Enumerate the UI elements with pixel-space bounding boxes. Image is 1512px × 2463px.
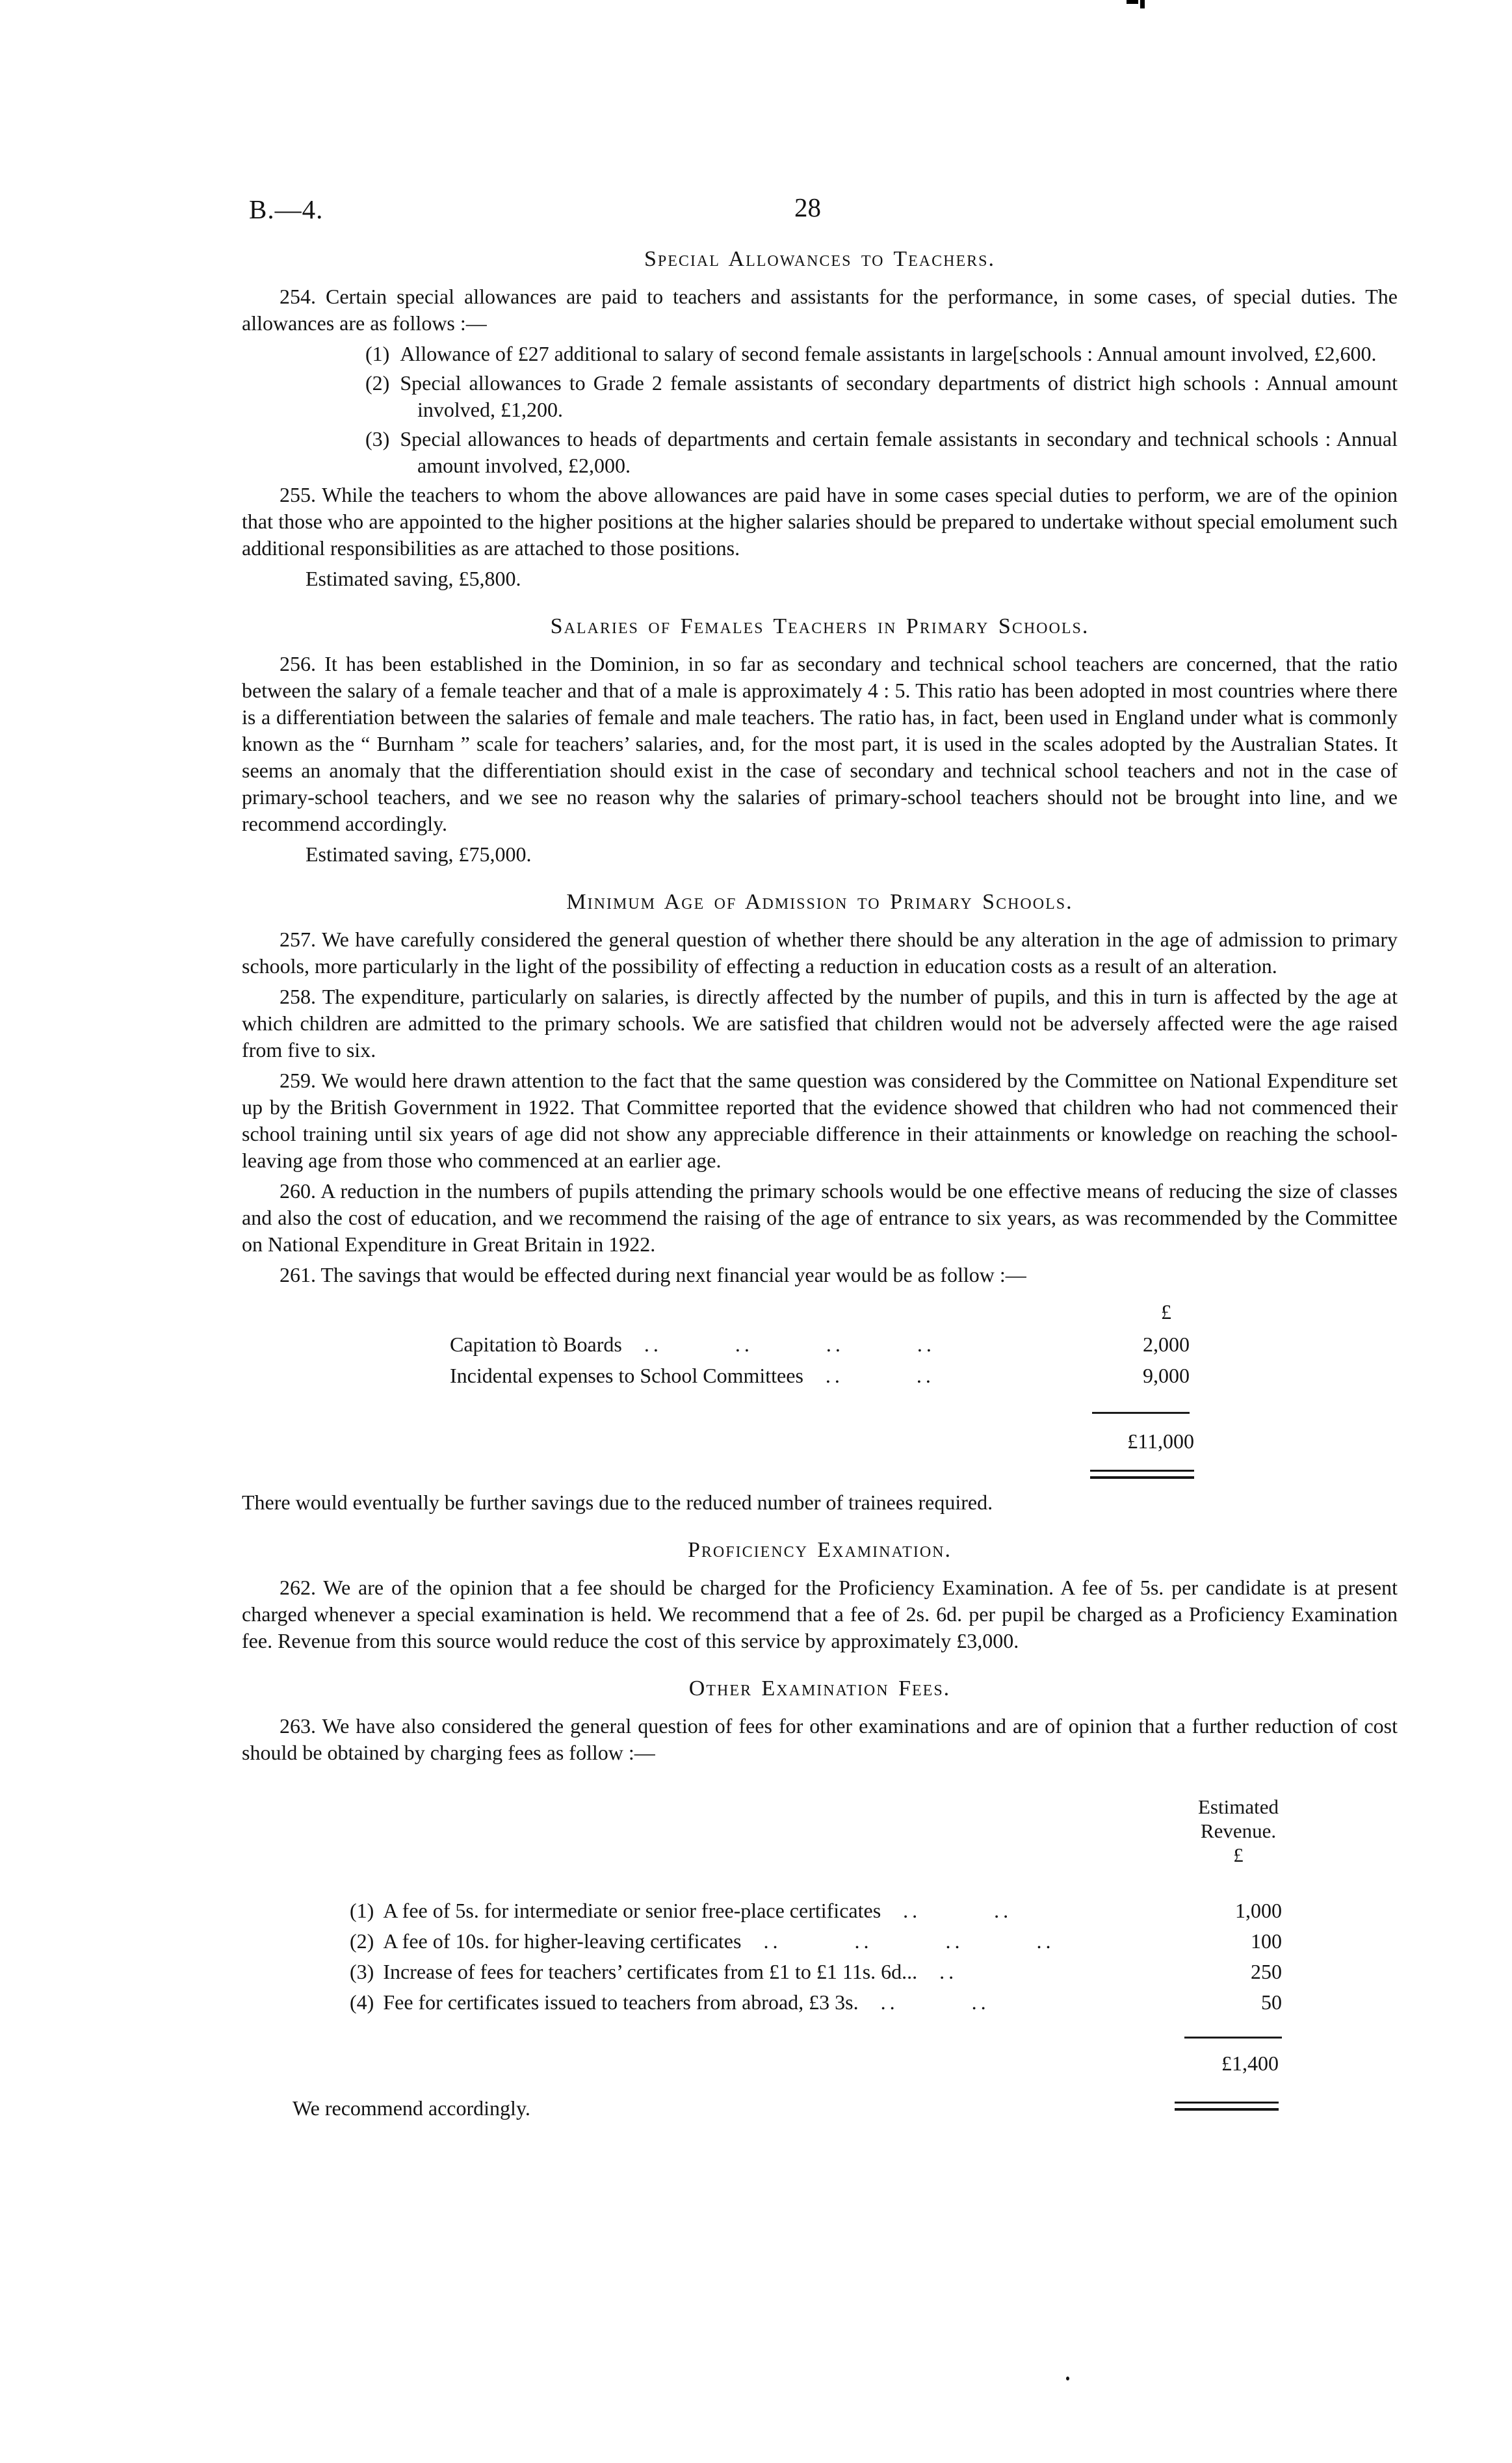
item-text: Special allowances to Grade 2 female ass… xyxy=(400,371,1398,421)
row-number: (3) xyxy=(350,1960,374,1983)
dot-leaders: .. .. .. .. xyxy=(763,1929,1054,1953)
section-title-salaries-female-teachers: Salaries of Females Teachers in Primary … xyxy=(242,614,1398,639)
double-rule xyxy=(1175,2102,1279,2111)
paragraph-258: 258. The expenditure, particularly on sa… xyxy=(242,984,1398,1063)
savings-table: £ Capitation tò Boards.. .. .. .. 2,000 … xyxy=(242,1300,1398,1479)
dot-leaders: .. .. xyxy=(881,1990,990,2014)
header-estimated: Estimated xyxy=(1157,1795,1320,1819)
estimated-saving-5800: Estimated saving, £5,800. xyxy=(242,566,1398,592)
document-reference: B.—4. xyxy=(249,194,323,225)
paragraph-260: 260. A reduction in the numbers of pupil… xyxy=(242,1178,1398,1258)
row-value: 250 xyxy=(1251,1959,1282,1985)
paragraph-254: 254. Certain special allowances are paid… xyxy=(242,283,1398,337)
paragraph-262: 262. We are of the opinion that a fee sh… xyxy=(242,1574,1398,1654)
row-label: A fee of 5s. for intermediate or senior … xyxy=(383,1899,881,1922)
row-value: 9,000 xyxy=(1143,1362,1190,1389)
row-value: 100 xyxy=(1251,1928,1282,1955)
currency-column-header: £ xyxy=(1157,1843,1320,1867)
table-row: Incidental expenses to School Committees… xyxy=(242,1362,1398,1394)
total-rule xyxy=(1184,2037,1282,2039)
item-text: Special allowances to heads of departmen… xyxy=(400,427,1398,477)
paragraph-261: 261. The savings that would be effected … xyxy=(242,1262,1398,1288)
total-value: £11,000 xyxy=(1127,1428,1194,1455)
scan-artifact-dot xyxy=(1066,2377,1069,2380)
scan-artifact-mark xyxy=(1127,0,1138,4)
allowance-item-3: (3)Special allowances to heads of depart… xyxy=(242,426,1398,479)
allowance-item-1: (1)Allowance of £27 additional to salary… xyxy=(242,341,1398,367)
closing-statement: We recommend accordingly. xyxy=(293,2096,530,2120)
dot-leaders: .. .. .. .. xyxy=(644,1333,935,1356)
page-body: Special Allowances to Teachers. 254. Cer… xyxy=(242,247,1398,2126)
row-number: (1) xyxy=(350,1899,374,1922)
paragraph-256: 256. It has been established in the Domi… xyxy=(242,651,1398,837)
row-label: Capitation tò Boards xyxy=(450,1333,622,1356)
row-value: 50 xyxy=(1261,1989,1282,2016)
paragraph-259: 259. We would here drawn attention to th… xyxy=(242,1067,1398,1174)
allowance-item-2: (2)Special allowances to Grade 2 female … xyxy=(242,370,1398,423)
table-row: (2)A fee of 10s. for higher-leaving cert… xyxy=(242,1928,1398,1959)
item-text: Allowance of £27 additional to salary of… xyxy=(400,342,1376,365)
table-row: (4)Fee for certificates issued to teache… xyxy=(242,1989,1398,2020)
row-number: (2) xyxy=(350,1929,374,1953)
section-title-minimum-age: Minimum Age of Admission to Primary Scho… xyxy=(242,890,1398,915)
paragraph-255: 255. While the teachers to whom the abov… xyxy=(242,482,1398,562)
table-row: (3)Increase of fees for teachers’ certif… xyxy=(242,1959,1398,1989)
page-number: 28 xyxy=(794,192,821,223)
savings-table-rows: Capitation tò Boards.. .. .. .. 2,000 In… xyxy=(242,1300,1398,1394)
item-number: (1) xyxy=(365,342,389,365)
paragraph-263: 263. We have also considered the general… xyxy=(242,1713,1398,1766)
row-label: Fee for certificates issued to teachers … xyxy=(383,1990,858,2014)
closing-row: We recommend accordingly. xyxy=(242,2087,1398,2126)
row-label: A fee of 10s. for higher-leaving certifi… xyxy=(383,1929,741,1953)
paragraph-trainees-note: There would eventually be further saving… xyxy=(242,1489,1398,1516)
fees-column-header: Estimated Revenue. £ xyxy=(1157,1795,1320,1867)
row-number: (4) xyxy=(350,1990,374,2014)
currency-column-header: £ xyxy=(1161,1300,1171,1324)
item-number: (2) xyxy=(365,371,389,395)
dot-leaders: .. .. xyxy=(826,1364,935,1387)
fees-table: Estimated Revenue. £ (1)A fee of 5s. for… xyxy=(242,1795,1398,2126)
table-total-row: £11,000 xyxy=(242,1428,1398,1457)
dot-leaders: .. xyxy=(939,1960,958,1983)
table-row: Capitation tò Boards.. .. .. .. 2,000 xyxy=(242,1331,1398,1362)
row-value: 2,000 xyxy=(1143,1331,1190,1358)
section-title-other-examination-fees: Other Examination Fees. xyxy=(242,1676,1398,1701)
section-title-proficiency-examination: Proficiency Examination. xyxy=(242,1538,1398,1563)
row-label: Incidental expenses to School Committees xyxy=(450,1364,803,1387)
row-value: 1,000 xyxy=(1235,1897,1282,1924)
item-number: (3) xyxy=(365,427,389,450)
row-label: Increase of fees for teachers’ certifica… xyxy=(383,1960,917,1983)
estimated-saving-75000: Estimated saving, £75,000. xyxy=(242,841,1398,868)
table-row: (1)A fee of 5s. for intermediate or seni… xyxy=(242,1897,1398,1928)
total-rule xyxy=(1092,1412,1190,1414)
total-value: £1,400 xyxy=(1221,2050,1279,2077)
double-rule xyxy=(1090,1470,1194,1479)
header-revenue: Revenue. xyxy=(1157,1819,1320,1843)
dot-leaders: .. .. xyxy=(903,1899,1012,1922)
paragraph-257: 257. We have carefully considered the ge… xyxy=(242,926,1398,980)
table-total-row: £1,400 xyxy=(242,2050,1398,2081)
section-title-special-allowances: Special Allowances to Teachers. xyxy=(242,247,1398,272)
